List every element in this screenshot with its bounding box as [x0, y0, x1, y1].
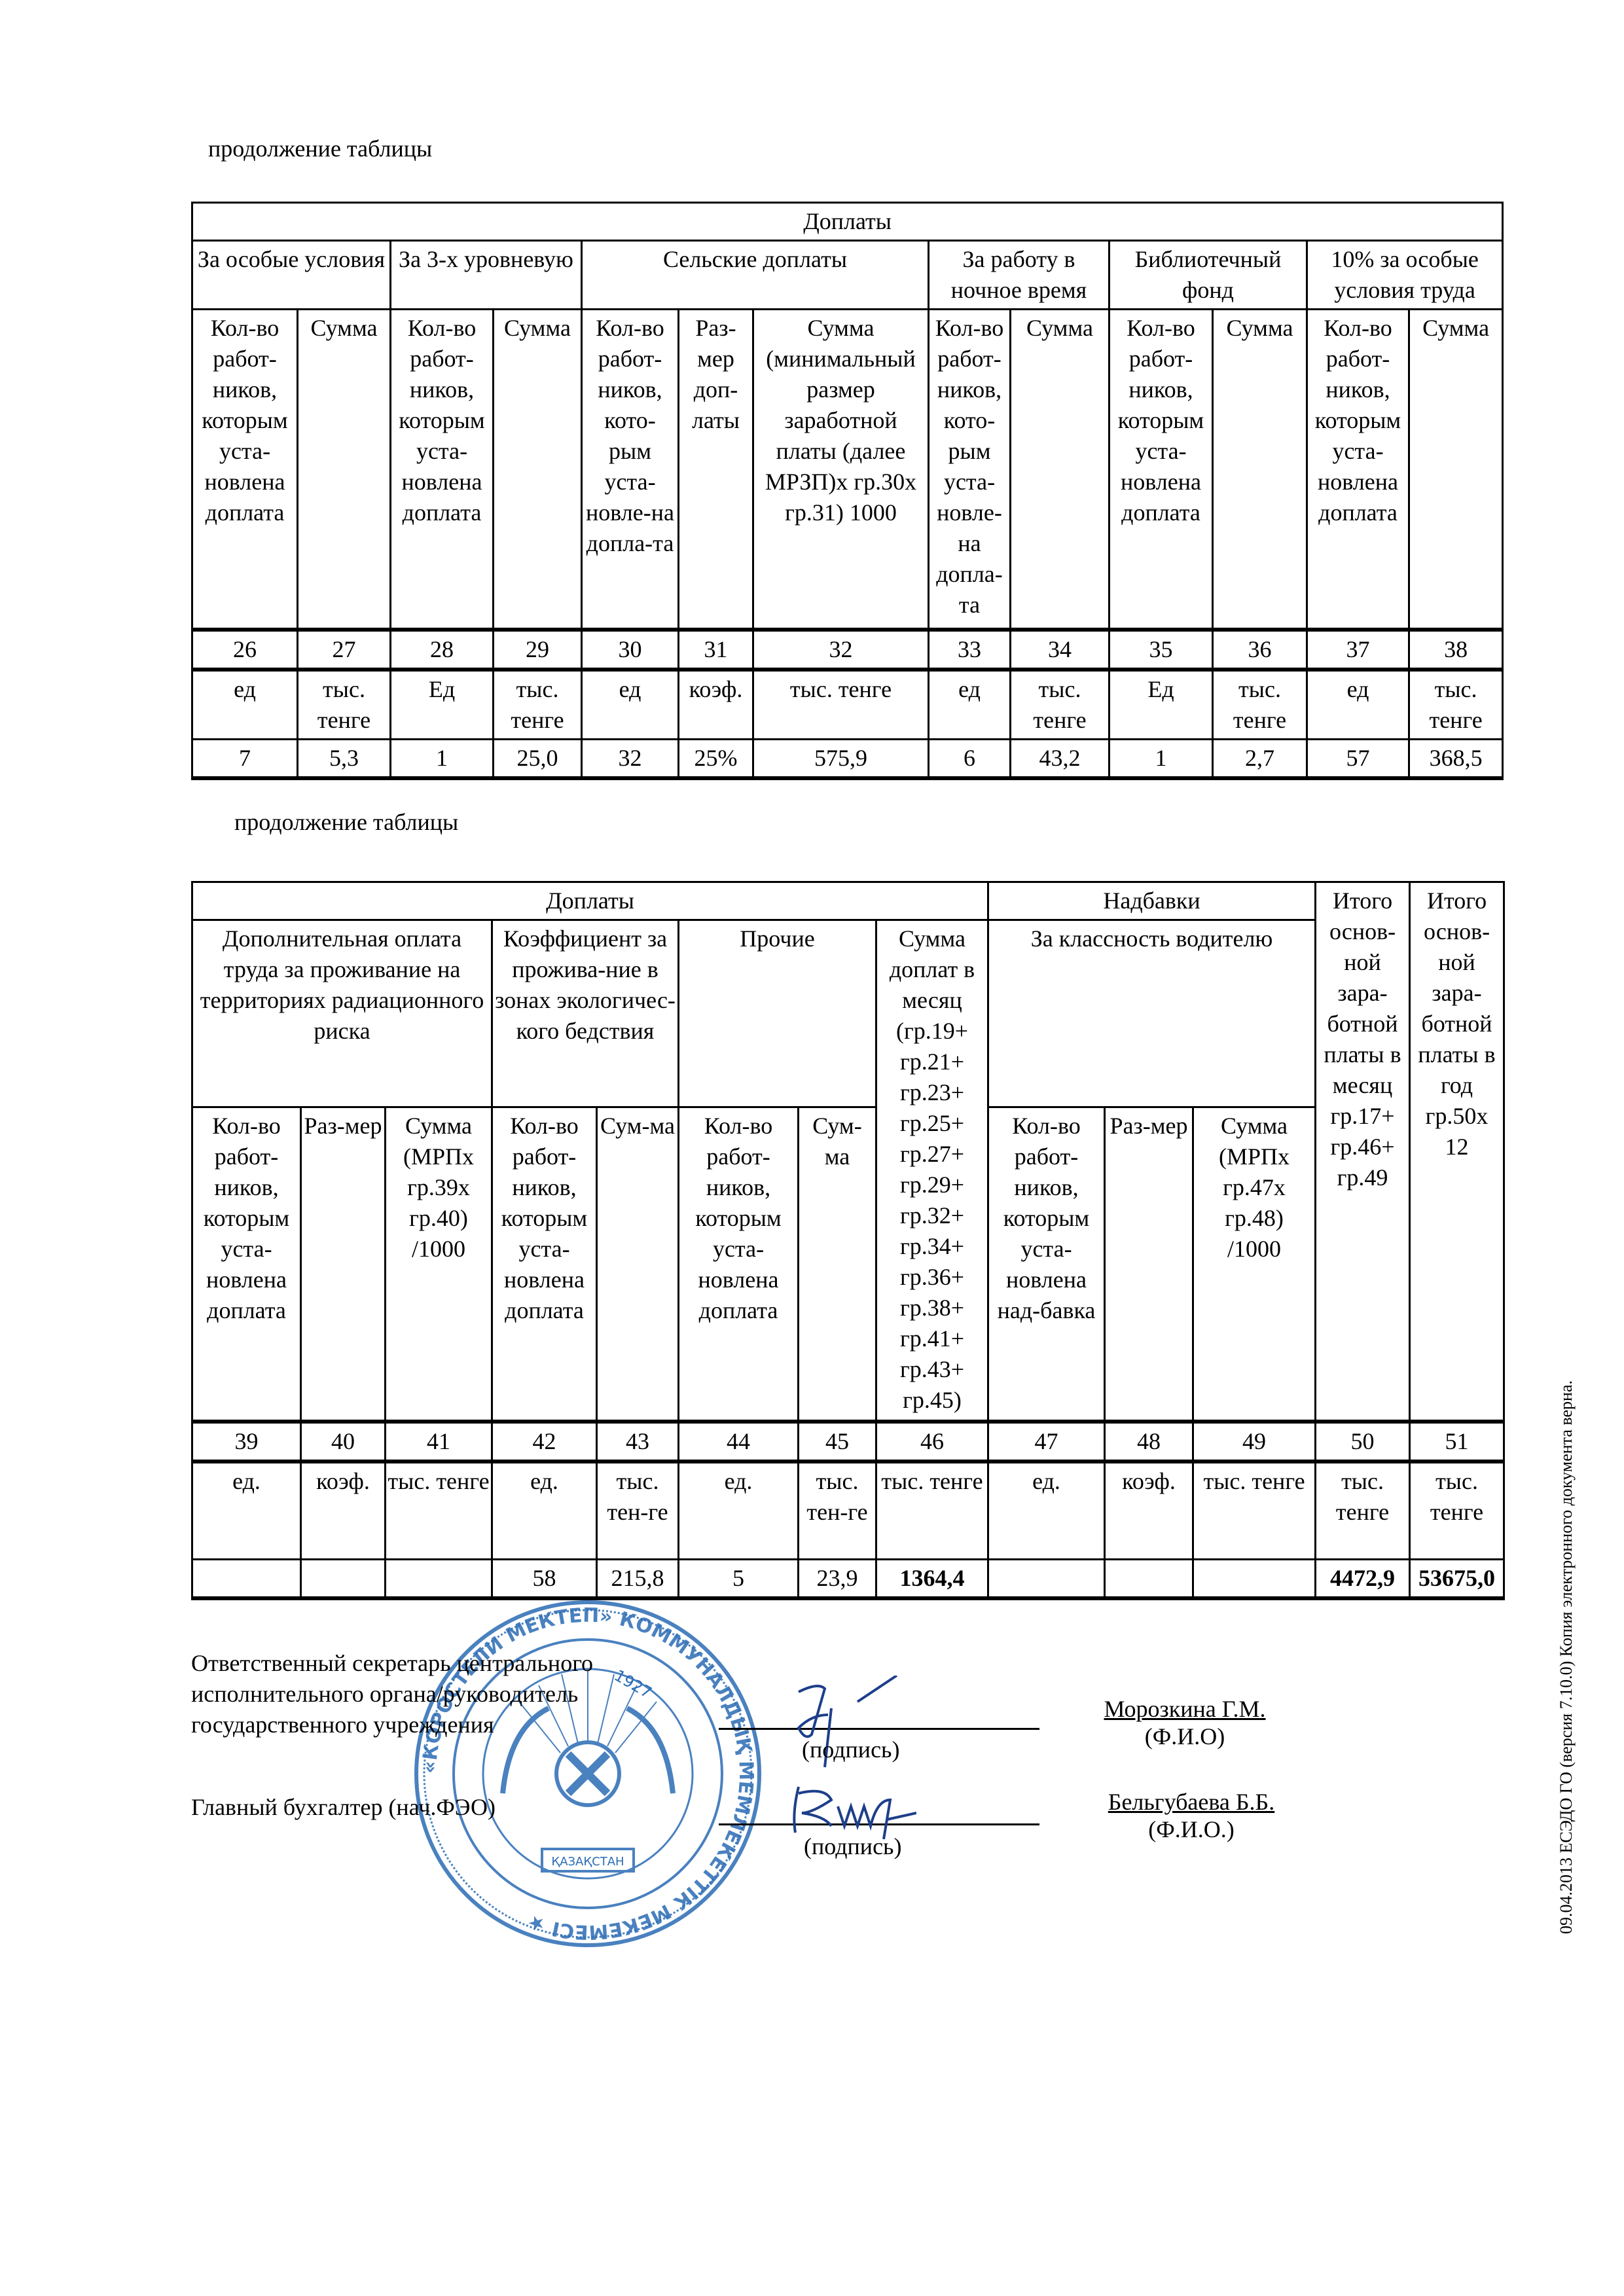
subheader-c48: Раз-мер [1105, 1107, 1193, 1422]
value-cell: 1 [1110, 739, 1213, 778]
subheader-c44: Кол-во работ-ников, которым уста-новлена… [679, 1107, 799, 1422]
colnum: 39 [192, 1422, 301, 1462]
unit-cell: тыс. тенге [753, 670, 929, 740]
colnum: 38 [1409, 630, 1503, 670]
colnum: 41 [386, 1422, 492, 1462]
subheader-c30: Кол-во работ-ников, кото-рым уста-новле-… [582, 310, 679, 630]
colnum: 49 [1193, 1422, 1316, 1462]
unit-cell: ед. [492, 1462, 597, 1560]
unit-cell: тыс. тенге [386, 1462, 492, 1560]
subheader-c42: Кол-во работ-ников, которым уста-новлена… [492, 1107, 597, 1422]
subheader-c38: Сумма [1409, 310, 1503, 630]
value-cell: 25,0 [494, 739, 582, 778]
subheader-c35: Кол-во работ-ников, которым уста-новлена… [1110, 310, 1213, 630]
value-cell: 215,8 [597, 1560, 679, 1599]
secretary-signature-hint: (подпись) [802, 1736, 899, 1763]
unit-cell: Ед [391, 670, 494, 740]
svg-text:ҚАЗАҚСТАН: ҚАЗАҚСТАН [551, 1855, 624, 1869]
unit-cell: ед. [988, 1462, 1105, 1560]
value-cell: 23,9 [799, 1560, 876, 1599]
secretary-fio: Морозкина Г.М. (Ф.И.О) [1074, 1695, 1296, 1750]
section-ecology: Коэффициент за прожива-ние в зонах эколо… [492, 920, 679, 1107]
colnum: 34 [1011, 630, 1110, 670]
colnum: 26 [192, 630, 298, 670]
unit-cell: тыс. тенге [1316, 1462, 1410, 1560]
subheader-c29: Сумма [494, 310, 582, 630]
table1-caption: продолжение таблицы [208, 135, 432, 162]
secretary-name: Морозкина Г.М. [1074, 1695, 1296, 1723]
unit-cell: тыс. тен-ге [799, 1462, 876, 1560]
section-driver-class: За классность водителю [988, 920, 1316, 1107]
secretary-fio-hint: (Ф.И.О) [1074, 1723, 1296, 1750]
accountant-fio: Бельгубаева Б.Б. (Ф.И.О.) [1074, 1788, 1309, 1843]
table2-caption: продолжение таблицы [234, 808, 458, 836]
subheader-c43: Сум-ма [597, 1107, 679, 1422]
unit-cell: ед [192, 670, 298, 740]
unit-cell: тыс. тенге [876, 1462, 988, 1560]
value-cell: 368,5 [1409, 739, 1503, 778]
value-cell: 25% [679, 739, 753, 778]
colnum: 37 [1307, 630, 1409, 670]
colnum: 45 [799, 1422, 876, 1462]
value-cell: 575,9 [753, 739, 929, 778]
value-cell: 57 [1307, 739, 1409, 778]
unit-cell: ед. [192, 1462, 301, 1560]
subheader-c40: Раз-мер [301, 1107, 386, 1422]
values-row: 7 5,3 1 25,0 32 25% 575,9 6 43,2 1 2,7 5… [192, 739, 1503, 778]
unit-cell: ед [582, 670, 679, 740]
unit-cell: коэф. [301, 1462, 386, 1560]
subheader-c27: Сумма [298, 310, 391, 630]
subheader-c34: Сумма [1011, 310, 1110, 630]
header-total-year: Итого основ-ной зара-ботной платы в год … [1410, 882, 1504, 1422]
unit-cell: тыс. тенге [1011, 670, 1110, 740]
colnum: 33 [929, 630, 1011, 670]
column-numbers-row: 39 40 41 42 43 44 45 46 47 48 49 50 51 [192, 1422, 1504, 1462]
colnum: 43 [597, 1422, 679, 1462]
value-cell-total-month: 4472,9 [1316, 1560, 1410, 1599]
subheader-c32: Сумма (минимальный размер заработной пла… [753, 310, 929, 630]
group-header-doplaty: Доплаты [192, 203, 1503, 241]
subheader-c28: Кол-во работ-ников, которым уста-новлена… [391, 310, 494, 630]
header-sum-month: Сумма доплат в месяц (гр.19+ гр.21+ гр.2… [876, 920, 988, 1422]
unit-cell: Ед [1110, 670, 1213, 740]
secretary-title: Ответственный секретарь центрального исп… [191, 1648, 649, 1740]
value-cell: 58 [492, 1560, 597, 1599]
units-row: ед. коэф. тыс. тенге ед. тыс. тен-ге ед.… [192, 1462, 1504, 1560]
colnum: 40 [301, 1422, 386, 1462]
section-other: Прочие [679, 920, 876, 1107]
value-cell: 32 [582, 739, 679, 778]
section-radiation: Дополнительная оплата труда за проживани… [192, 920, 492, 1107]
unit-cell: ед [929, 670, 1011, 740]
unit-cell: тыс. тенге [1409, 670, 1503, 740]
unit-cell: тыс. тенге [1213, 670, 1307, 740]
value-cell: 2,7 [1213, 739, 1307, 778]
value-cell-sum-month: 1364,4 [876, 1560, 988, 1599]
colnum: 50 [1316, 1422, 1410, 1462]
subheader-c41: Сумма (МРПх гр.39х гр.40) /1000 [386, 1107, 492, 1422]
unit-cell: тыс. тенге [1193, 1462, 1316, 1560]
value-cell [386, 1560, 492, 1599]
value-cell [301, 1560, 386, 1599]
colnum: 48 [1105, 1422, 1193, 1462]
group-header-doplaty: Доплаты [192, 882, 988, 920]
unit-cell: тыс. тен-ге [597, 1462, 679, 1560]
colnum: 42 [492, 1422, 597, 1462]
colnum: 27 [298, 630, 391, 670]
accountant-fio-hint: (Ф.И.О.) [1074, 1816, 1309, 1843]
section-library-fund: Библиотечный фонд [1110, 241, 1307, 310]
colnum: 30 [582, 630, 679, 670]
section-10pct-special: 10% за особые условия труда [1307, 241, 1503, 310]
subheader-c39: Кол-во работ-ников, которым уста-новлена… [192, 1107, 301, 1422]
subheader-c49: Сумма (МРПх гр.47х гр.48) /1000 [1193, 1107, 1316, 1422]
unit-cell: ед [1307, 670, 1409, 740]
colnum: 47 [988, 1422, 1105, 1462]
subheader-c36: Сумма [1213, 310, 1307, 630]
accountant-name: Бельгубаева Б.Б. [1074, 1788, 1309, 1816]
section-night-work: За работу в ночное время [929, 241, 1110, 310]
value-cell: 7 [192, 739, 298, 778]
electronic-copy-note: 09.04.2013 ЕСЭДО ГО (версия 7.10.0) Копи… [1557, 1380, 1576, 1934]
section-three-level: За 3-х уровневую [391, 241, 582, 310]
unit-cell: ед. [679, 1462, 799, 1560]
colnum: 44 [679, 1422, 799, 1462]
unit-cell: тыс. тенге [494, 670, 582, 740]
unit-cell: коэф. [679, 670, 753, 740]
subheader-c33: Кол-во работ-ников, кото-рым уста-новле-… [929, 310, 1011, 630]
colnum: 29 [494, 630, 582, 670]
value-cell [988, 1560, 1105, 1599]
section-special-conditions: За особые условия [192, 241, 391, 310]
accountant-title: Главный бухгалтер (нач.ФЭО) [191, 1792, 649, 1823]
subheader-c47: Кол-во работ-ников, которым уста-новлена… [988, 1107, 1105, 1422]
value-cell: 5,3 [298, 739, 391, 778]
subheader-c37: Кол-во работ-ников, которым уста-новлена… [1307, 310, 1409, 630]
colnum: 46 [876, 1422, 988, 1462]
allowances-table-1: Доплаты За особые условия За 3-х уровнев… [191, 202, 1504, 780]
units-row: ед тыс. тенге Ед тыс. тенге ед коэф. тыс… [192, 670, 1503, 740]
value-cell [1193, 1560, 1316, 1599]
value-cell: 43,2 [1011, 739, 1110, 778]
group-header-nadbavki: Надбавки [988, 882, 1316, 920]
colnum: 36 [1213, 630, 1307, 670]
subheader-c26: Кол-во работ-ников, которым уста-новлена… [192, 310, 298, 630]
unit-cell: тыс. тенге [1410, 1462, 1504, 1560]
colnum: 28 [391, 630, 494, 670]
unit-cell: тыс. тенге [298, 670, 391, 740]
section-rural: Сельские доплаты [582, 241, 929, 310]
accountant-signature-hint: (подпись) [804, 1833, 901, 1860]
colnum: 32 [753, 630, 929, 670]
value-cell [192, 1560, 301, 1599]
colnum: 31 [679, 630, 753, 670]
column-numbers-row: 26 27 28 29 30 31 32 33 34 35 36 37 38 [192, 630, 1503, 670]
allowances-table-2: Доплаты Надбавки Итого основ-ной зара-бо… [191, 881, 1505, 1600]
value-cell: 1 [391, 739, 494, 778]
value-cell-total-year: 53675,0 [1410, 1560, 1504, 1599]
values-row: 58 215,8 5 23,9 1364,4 4472,9 53675,0 [192, 1560, 1504, 1599]
unit-cell: коэф. [1105, 1462, 1193, 1560]
subheader-c31: Раз-мер доп-латы [679, 310, 753, 630]
header-total-month: Итого основ-ной зара-ботной платы в меся… [1316, 882, 1410, 1422]
value-cell [1105, 1560, 1193, 1599]
colnum: 35 [1110, 630, 1213, 670]
colnum: 51 [1410, 1422, 1504, 1462]
value-cell: 5 [679, 1560, 799, 1599]
subheader-c45: Сум-ма [799, 1107, 876, 1422]
value-cell: 6 [929, 739, 1011, 778]
